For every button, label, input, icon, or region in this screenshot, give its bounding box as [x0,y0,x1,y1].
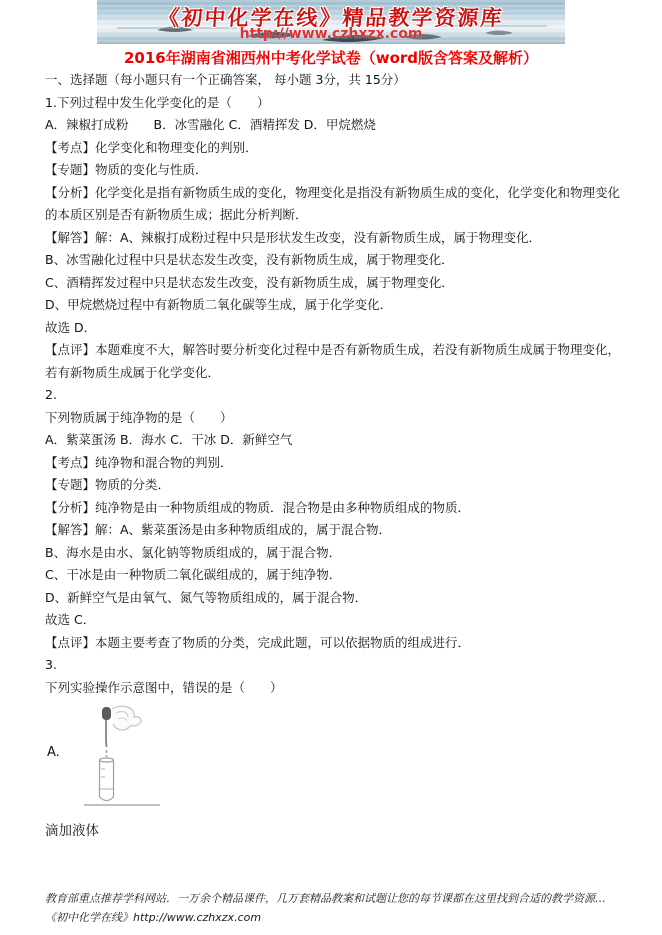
q2-dianping: 【点评】本题主要考查了物质的分类，完成此题，可以依据物质的组成进行． [45,632,620,655]
q1-jieda-b: B、冰雪融化过程中只是状态发生改变，没有新物质生成，属于物理变化． [45,249,620,272]
q1-dianping: 【点评】本题难度不大，解答时要分析变化过程中是否有新物质生成，若没有新物质生成属… [45,339,620,384]
q2-jieda-d: D、新鲜空气是由氧气、氮气等物质组成的，属于混合物． [45,587,620,610]
q3-option-a-caption: 滴加液体 [45,819,620,839]
banner-url-text: http://www.czhxzx.com [97,26,565,42]
q1-kaodian: 【考点】化学变化和物理变化的判别． [45,137,620,160]
section-heading: 一、选择题（每小题只有一个正确答案， 每小题 3分，共 15分） [45,69,620,92]
q2-answer: 故选 C． [45,609,620,632]
site-banner: 《初中化学在线》精品教学资源库 http://www.czhxzx.com [97,0,565,44]
footer-promo-text: 教育部重点推荐学科网站．一万余个精品课件，几万套精品教案和试题让您的每节课都在这… [45,889,620,927]
exam-body: 一、选择题（每小题只有一个正确答案， 每小题 3分，共 15分） 1.下列过程中… [45,69,620,839]
q1-jieda-d: D、甲烷燃烧过程中有新物质二氧化碳等生成，属于化学变化． [45,294,620,317]
q2-fenxi: 【分析】纯净物是由一种物质组成的物质．混合物是由多种物质组成的物质． [45,497,620,520]
q1-jieda-c: C、酒精挥发过程中只是状态发生改变，没有新物质生成，属于物理变化． [45,272,620,295]
q2-zhuanti: 【专题】物质的分类． [45,474,620,497]
question-1-options: A．辣椒打成粉 B．冰雪融化 C．酒精挥发 D．甲烷燃烧 [45,114,620,137]
question-3-stem: 下列实验操作示意图中，错误的是（ ） [45,677,620,700]
question-2-stem: 下列物质属于纯净物的是（ ） [45,407,620,430]
question-1-stem: 1.下列过程中发生化学变化的是（ ） [45,92,620,115]
page-title: 2016年湖南省湘西州中考化学试卷（word版含答案及解析） [0,47,662,68]
q1-zhuanti: 【专题】物质的变化与性质． [45,159,620,182]
q2-kaodian: 【考点】纯净物和混合物的判别． [45,452,620,475]
q2-jieda-c: C、干冰是由一种物质二氧化碳组成的，属于纯净物． [45,564,620,587]
q1-answer: 故选 D． [45,317,620,340]
dropper-test-tube-illustration [72,705,172,807]
question-3-number: 3. [45,654,620,677]
q1-jieda-a: 【解答】解：A、辣椒打成粉过程中只是形状发生改变，没有新物质生成，属于物理变化． [45,227,620,250]
q3-option-a-label: A. [47,745,60,760]
document-page: 《初中化学在线》精品教学资源库 http://www.czhxzx.com 20… [0,0,662,935]
question-2-number: 2. [45,384,620,407]
q1-fenxi: 【分析】化学变化是指有新物质生成的变化，物理变化是指没有新物质生成的变化，化学变… [45,182,620,227]
q3-option-a-figure: A. [47,705,620,811]
q2-jieda-a: 【解答】解：A、紫菜蛋汤是由多种物质组成的，属于混合物． [45,519,620,542]
question-2-options: A．紫菜蛋汤 B．海水 C．干冰 D．新鲜空气 [45,429,620,452]
q2-jieda-b: B、海水是由水、氯化钠等物质组成的，属于混合物． [45,542,620,565]
